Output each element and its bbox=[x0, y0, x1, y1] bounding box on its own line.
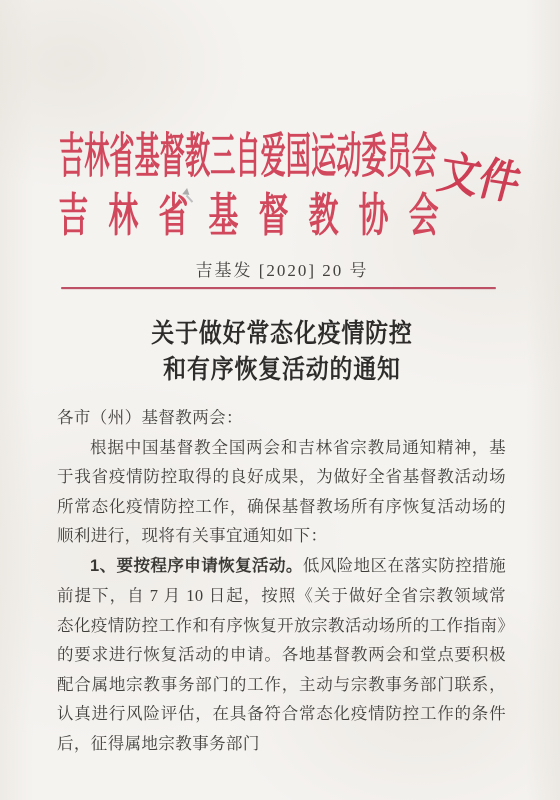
org-name-line1: 吉林省基督教三自爱国运动委员会 bbox=[57, 130, 438, 184]
body-paragraph-1: 根据中国基督教全国两会和吉林省宗教局通知精神，基于我省疫情防控取得的良好成果，为… bbox=[57, 433, 506, 551]
body-paragraph-2: 1、要按程序申请恢复活动。低风险地区在落实防控措施前提下，自 7 月 10 日起… bbox=[57, 551, 506, 759]
letterhead: 吉林省基督教三自爱国运动委员会 吉林省基督教协会 bbox=[58, 130, 438, 242]
notice-title: 关于做好常态化疫情防控 和有序恢复活动的通知 bbox=[58, 316, 506, 388]
document-number: 吉基发 [2020] 20 号 bbox=[58, 256, 506, 281]
org-name-line2: 吉林省基督教协会 bbox=[58, 190, 438, 242]
notice-title-line1: 关于做好常态化疫情防控 bbox=[85, 316, 479, 352]
notice-title-line2: 和有序恢复活动的通知 bbox=[85, 352, 479, 388]
salutation: 各市（州）基督教两会： bbox=[57, 403, 506, 433]
item1-heading: 1、要按程序申请恢复活动。 bbox=[90, 557, 303, 575]
notice-body: 各市（州）基督教两会： 根据中国基督教全国两会和吉林省宗教局通知精神，基于我省疫… bbox=[57, 403, 506, 758]
red-separator-line bbox=[61, 287, 496, 289]
item1-text: 低风险地区在落实防控措施前提下，自 7 月 10 日起，按照《关于做好全省宗教领… bbox=[57, 556, 506, 753]
